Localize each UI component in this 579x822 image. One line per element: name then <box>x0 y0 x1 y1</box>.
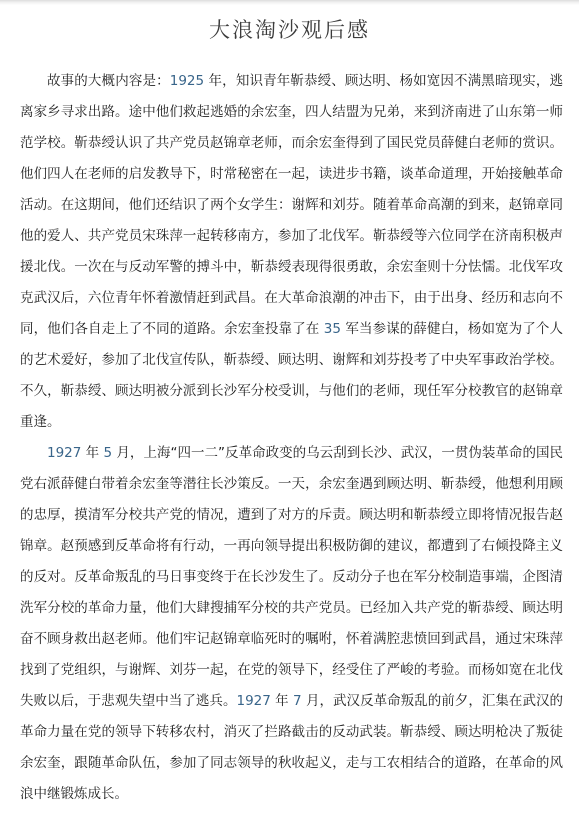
number-text: 7 <box>293 693 302 709</box>
body-text: 军当参谋的薛健白，杨如宽为了个人的艺术爱好，参加了北伐宣传队，靳恭绶、顾达明、谢… <box>20 321 563 430</box>
document-body: 故事的大概内容是：1925 年，知识青年靳恭绶、顾达明、杨如宽因不满黑暗现实，逃… <box>0 66 579 810</box>
document-title: 大浪淘沙观后感 <box>0 16 579 44</box>
paragraph: 故事的大概内容是：1925 年，知识青年靳恭绶、顾达明、杨如宽因不满黑暗现实，逃… <box>20 66 563 438</box>
body-text: 年 <box>81 445 103 461</box>
number-text: 5 <box>104 445 113 461</box>
number-text: 35 <box>324 321 341 337</box>
document-page: 大浪淘沙观后感 故事的大概内容是：1925 年，知识青年靳恭绶、顾达明、杨如宽因… <box>0 0 579 822</box>
number-text: 1927 <box>47 445 81 461</box>
body-text: 月，上海“四一二”反革命政变的乌云刮到长沙、武汉，一贯伪装革命的国民党右派薛健白… <box>20 445 563 709</box>
page-top-edge <box>0 0 579 5</box>
number-text: 1927 <box>237 693 271 709</box>
paragraph: 1927 年 5 月，上海“四一二”反革命政变的乌云刮到长沙、武汉，一贯伪装革命… <box>20 438 563 810</box>
body-text: 月，武汉反革命叛乱的前夕，汇集在武汉的革命力量在党的领导下转移农村，消灭了拦路截… <box>20 693 563 802</box>
body-text: 年 <box>271 693 293 709</box>
body-text: 年，知识青年靳恭绶、顾达明、杨如宽因不满黑暗现实，逃离家乡寻求出路。途中他们救起… <box>20 73 563 337</box>
number-text: 1925 <box>170 73 204 89</box>
body-text: 故事的大概内容是： <box>47 73 170 89</box>
